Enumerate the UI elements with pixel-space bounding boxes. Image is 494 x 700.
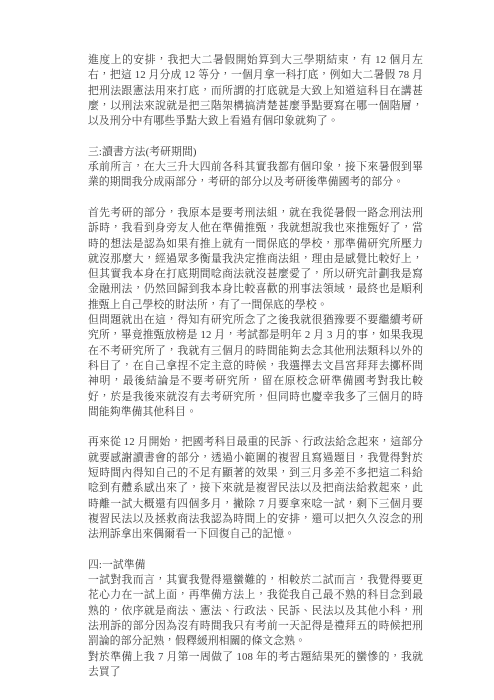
paragraph-december-plan: 再來從 12 月開始，把國考科目最重的民訴、行政法給念起來，這部分就要感謝讀書會… (88, 435, 423, 542)
paragraph-first-exam-strategy: 一試對我而言，其實我覺得還蠻難的，相較於二試而言，我覺得要更花心力在一試上面，再… (88, 573, 423, 649)
paragraph-overview: 承前所言，在大三升大四前各科其實我都有個印象，接下來暑假到畢業的期間我分成兩部分… (88, 160, 423, 191)
paragraph-practice-exam: 對於準備上我 7 月第一周做了 108 年的考古題結果死的蠻慘的，我就去買了 (88, 650, 423, 681)
paragraph-gradschool-application: 首先考研的部分，我原本是要考刑法組，就在我從暑假一路念刑法刑訴時，我看到身旁友人… (88, 206, 423, 313)
paragraph-schedule: 進度上的安排，我把大二暑假開始算到大三學期結束，有 12 個月左右，把這 12 … (88, 53, 423, 129)
section-heading-first-exam: 四:一試準備 (88, 558, 423, 573)
paragraph-gradschool-decision: 但問題就出在這，得知有研究所念了之後我就很猶豫要不要繼續考研究所，畢竟推甄放榜是… (88, 313, 423, 420)
document-text-block: 進度上的安排，我把大二暑假開始算到大三學期結束，有 12 個月左右，把這 12 … (88, 53, 423, 680)
section-heading-reading-method: 三:讀書方法(考研期間) (88, 145, 423, 160)
document-page: 進度上的安排，我把大二暑假開始算到大三學期結束，有 12 個月左右，把這 12 … (0, 0, 494, 700)
